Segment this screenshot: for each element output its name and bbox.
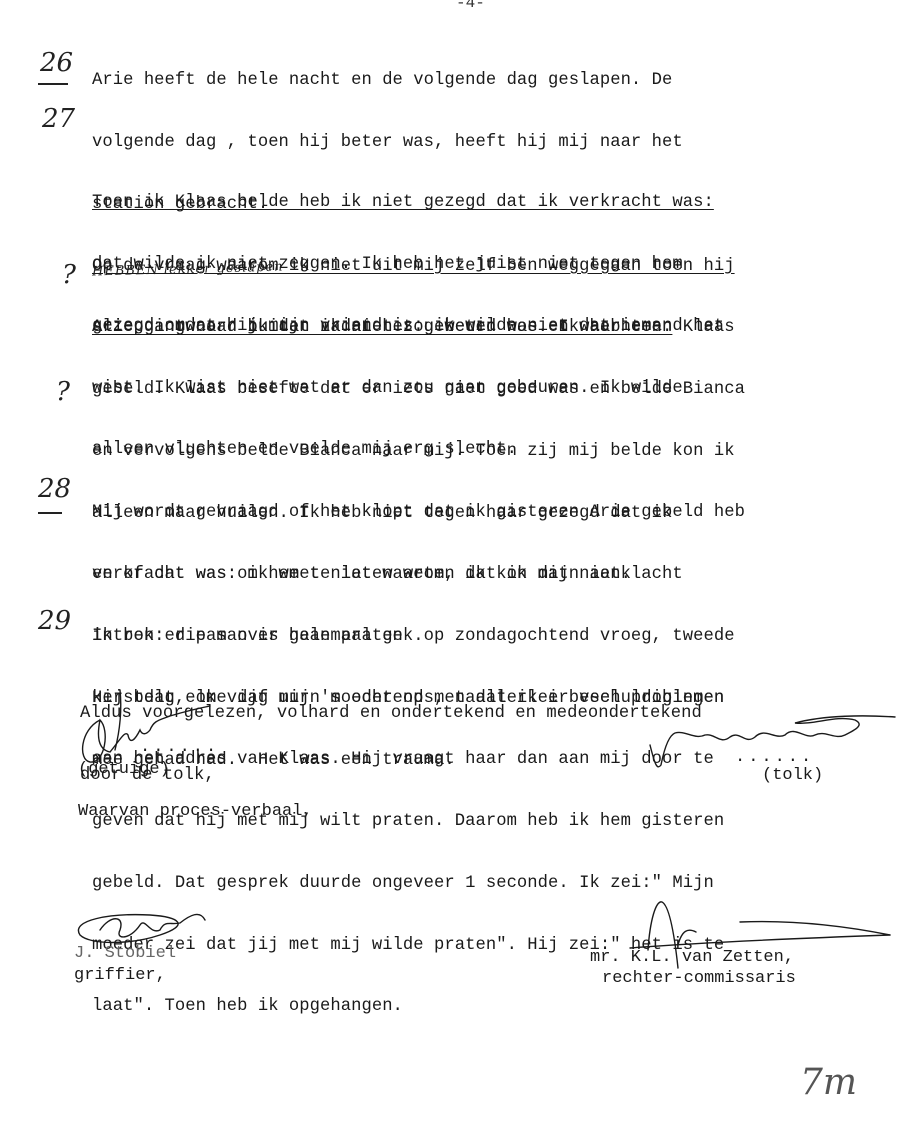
margin-underline	[38, 83, 68, 85]
margin-number-28: 28	[38, 474, 71, 504]
witness-signature-dots: ......	[140, 738, 219, 757]
footer-handwritten-mark: 7m	[800, 1062, 857, 1103]
text-line-underlined: Toen ik Klaas belde heb ik niet gezegd d…	[92, 193, 724, 214]
text-line: Arie heeft de hele nacht en de volgende …	[92, 71, 735, 92]
witness-label: (getuige)	[78, 760, 170, 779]
text-line: gebeld. Dat gesprek duurde ongeveer 1 se…	[92, 874, 745, 895]
text-line: gebeld. Klaas besefte dat er iets niet g…	[92, 380, 745, 401]
margin-question-mark: ?	[56, 377, 70, 407]
margin-number-27: 27	[42, 104, 75, 134]
text-line: volgende dag , toen hij beter was, heeft…	[92, 133, 735, 154]
interpreter-signature-dots: ......	[735, 748, 814, 767]
text-line: laat". Toen heb ik opgehangen.	[92, 997, 745, 1018]
clerk-name: J. Stobiel	[74, 944, 176, 963]
text-line: introk: die man is helemaal gek.	[92, 627, 745, 648]
judge-title: rechter-commissaris	[602, 969, 796, 988]
record-line: Waarvan proces-verbaal,	[78, 802, 313, 821]
judge-name: mr. K.L. van Zetten,	[590, 948, 794, 967]
text-line: en vervolgens belde Bianca naar mij. Toe…	[92, 442, 745, 463]
interpreter-label: (tolk)	[762, 766, 823, 785]
page-number: -4-	[456, 0, 485, 12]
margin-number-26: 26	[40, 48, 73, 78]
margin-question-mark: ?	[62, 260, 76, 290]
text-line: en of dat was om hem te laten weten dat …	[92, 565, 745, 586]
text-line: dat wilde ik niet zeggen. Ik heb het jui…	[92, 255, 724, 276]
margin-underline	[38, 512, 62, 514]
text-line: Mij wordt gevraagd of het klopt dat ik g…	[92, 503, 745, 524]
margin-number-29: 29	[38, 606, 71, 636]
text-line: Arie ging naar buiten nadat het gebeurd …	[92, 318, 745, 339]
clerk-title: griffier,	[74, 966, 166, 985]
